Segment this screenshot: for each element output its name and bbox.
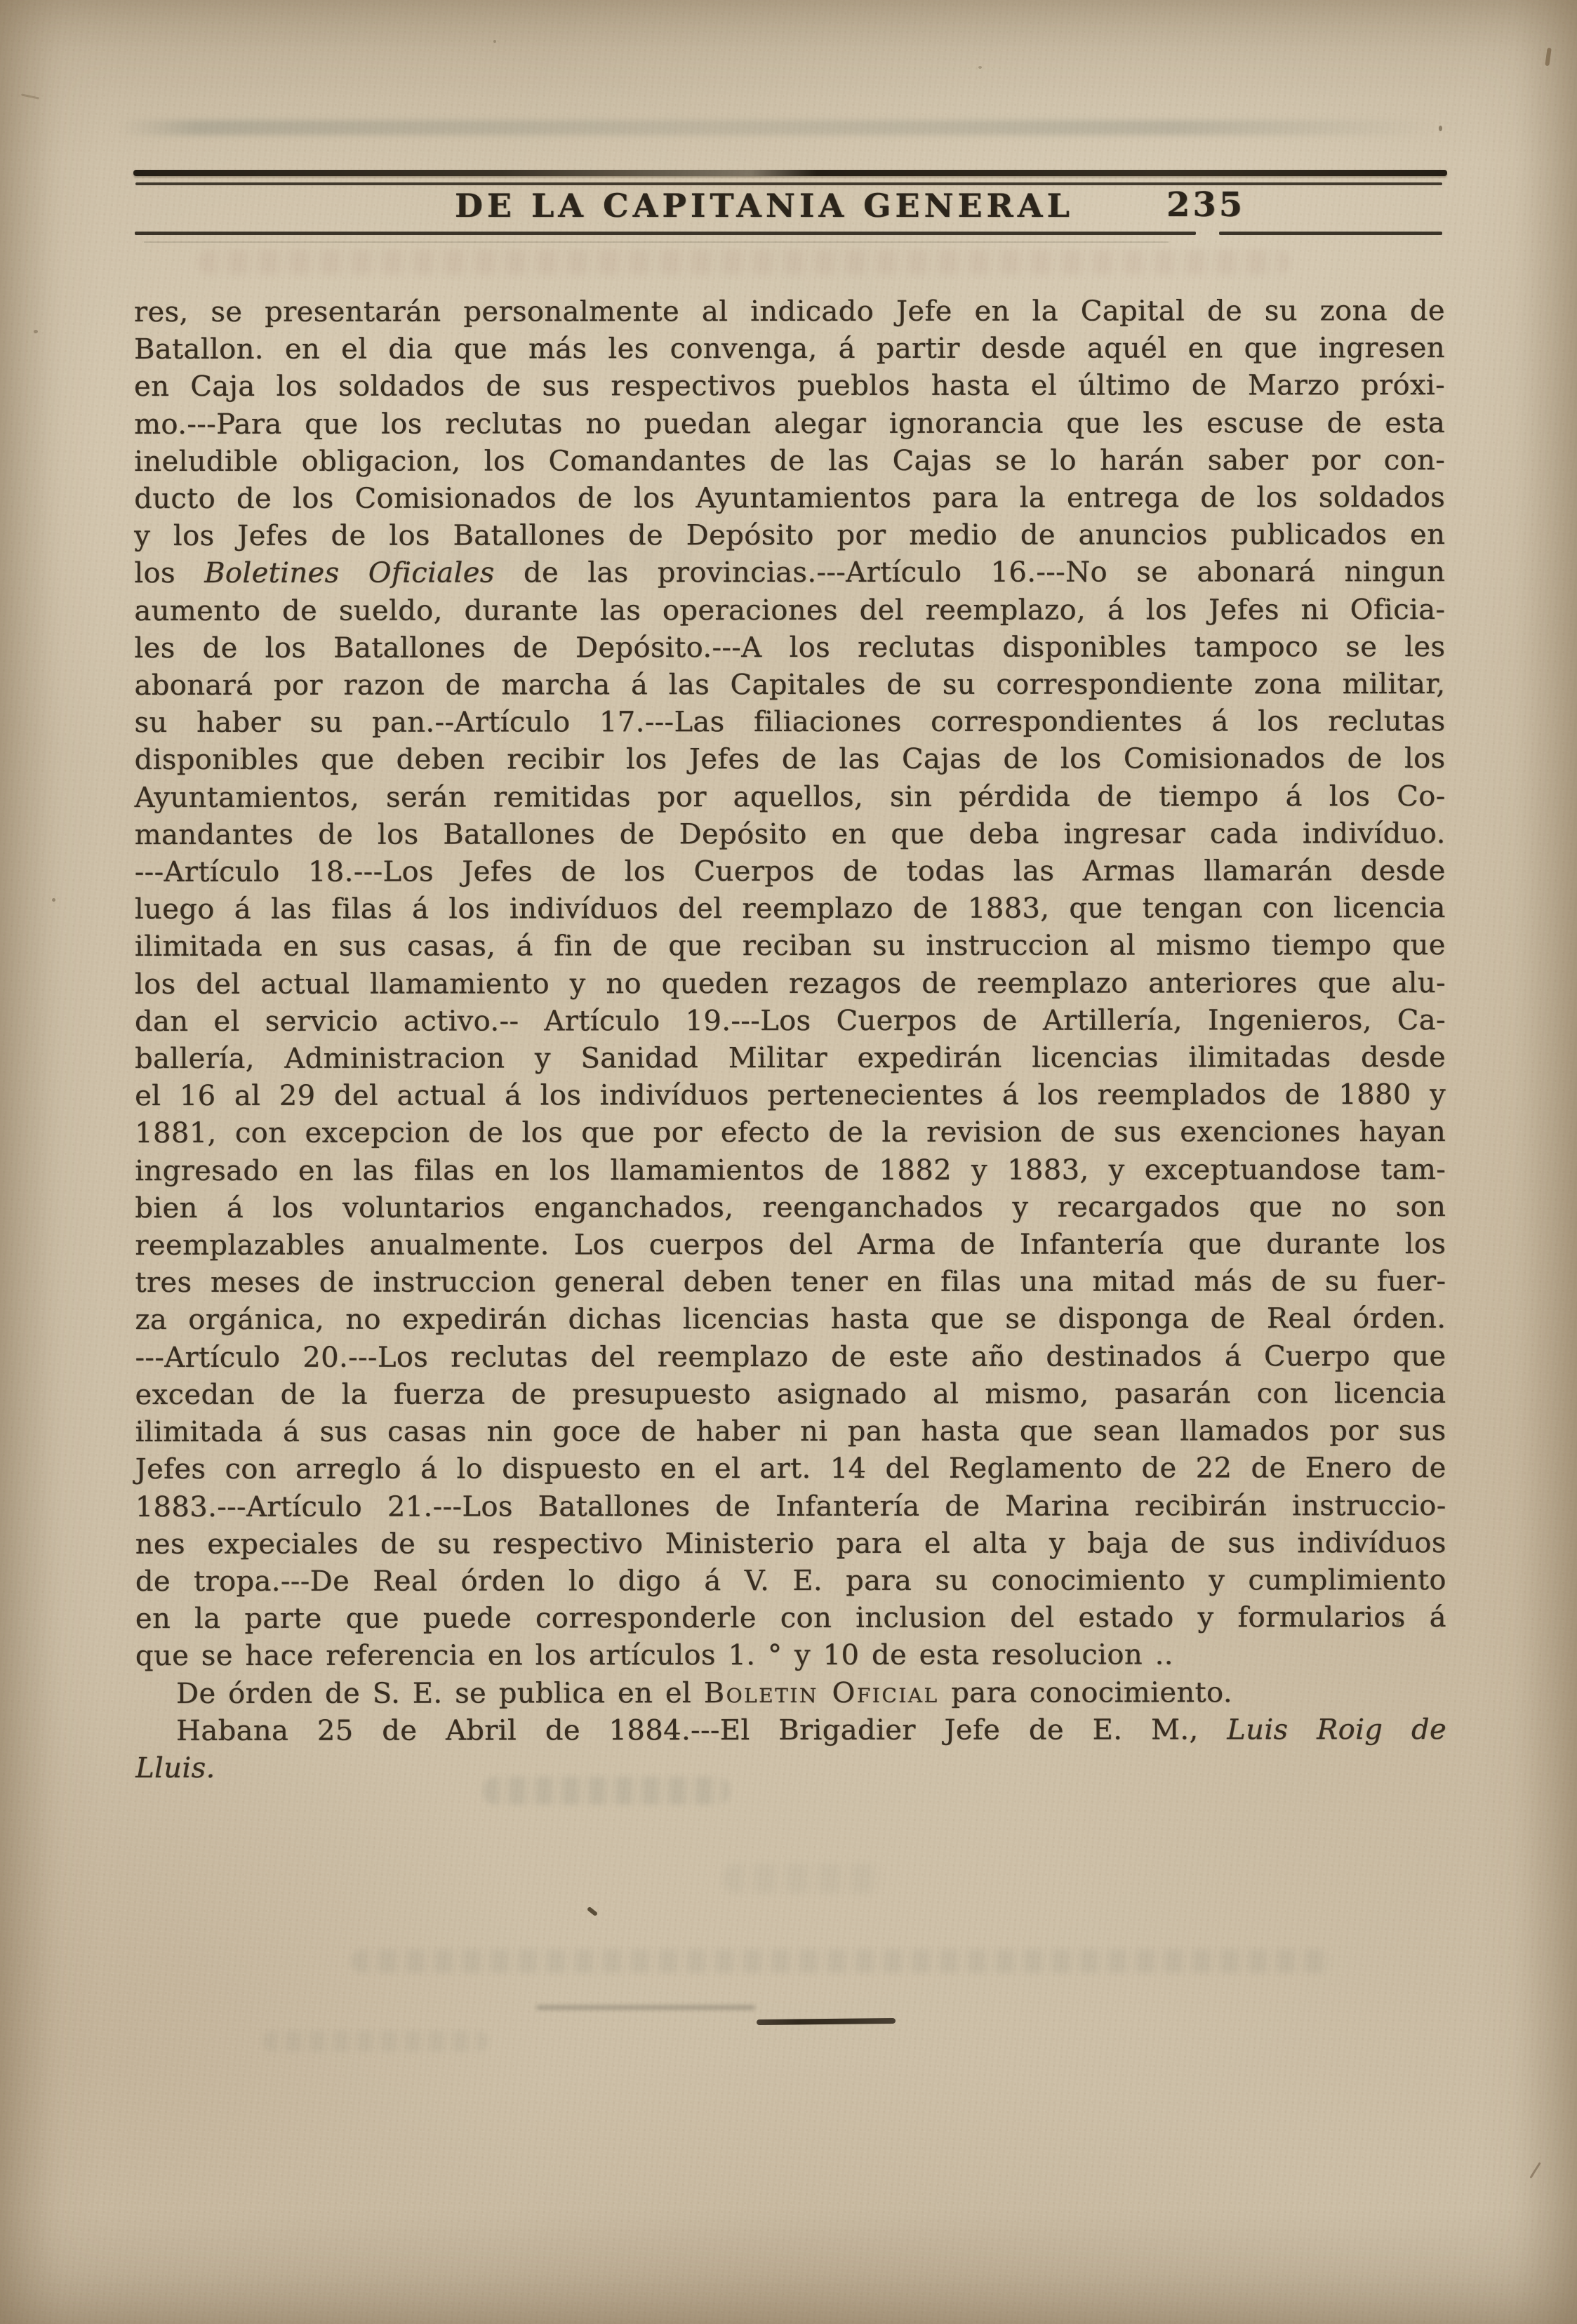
text-line: que se hace referencia en los artículos … xyxy=(135,1636,1446,1675)
text-line: en Caja los soldados de sus respectivos … xyxy=(134,367,1445,406)
text-segment: los xyxy=(134,557,204,589)
text-segment: ineludible obligacion, los Comandantes d… xyxy=(134,444,1445,478)
text-segment: Luis Roig de xyxy=(1227,1714,1446,1746)
text-segment: reemplazables anualmente. Los cuerpos de… xyxy=(135,1228,1446,1262)
header-bottom-rule-right xyxy=(1219,232,1442,235)
text-segment: ilimitada á sus casas nin goce de haber … xyxy=(135,1415,1446,1448)
text-line: reemplazables anualmente. Los cuerpos de… xyxy=(135,1226,1446,1264)
text-line: excedan de la fuerza de presupuesto asig… xyxy=(135,1375,1446,1414)
show-through-smudge xyxy=(262,2031,488,2052)
header-bottom-rule-echo xyxy=(144,241,1169,243)
scanned-page: DE LA CAPITANIA GENERAL 235 res, se pres… xyxy=(0,0,1577,2324)
text-line: ---Artículo 18.---Los Jefes de los Cuerp… xyxy=(135,853,1446,891)
running-header-title: DE LA CAPITANIA GENERAL xyxy=(455,187,1074,225)
text-line: en la parte que puede corresponderle con… xyxy=(135,1599,1446,1638)
text-line: de tropa.---De Real órden lo digo á V. E… xyxy=(135,1562,1446,1601)
section-end-dash xyxy=(757,2018,896,2025)
text-line: 1881, con excepcion de los que por efect… xyxy=(135,1114,1446,1152)
text-segment: luego á las filas á los indivíduos del r… xyxy=(135,892,1446,926)
ink-speck xyxy=(34,330,38,333)
text-segment: que se hace referencia en los artículos … xyxy=(135,1639,1173,1673)
page-number: 235 xyxy=(1166,185,1245,225)
text-segment: De órden de S. E. se publica en el xyxy=(176,1677,704,1710)
text-line: Ayuntamientos, serán remitidas por aquel… xyxy=(135,778,1446,817)
text-line: res, se presentarán personalmente al ind… xyxy=(134,293,1445,331)
text-line: za orgánica, no expedirán dichas licenci… xyxy=(135,1301,1446,1340)
text-line: tres meses de instruccion general deben … xyxy=(135,1263,1446,1302)
text-line: Jefes con arreglo á lo dispuesto en el a… xyxy=(135,1450,1446,1488)
ink-speck xyxy=(1439,126,1442,131)
text-segment: mandantes de los Batallones de Depósito … xyxy=(135,817,1446,851)
text-line: Lluis. xyxy=(135,1749,1446,1787)
text-segment: ducto de los Comisionados de los Ayuntam… xyxy=(134,481,1445,515)
text-segment: les de los Batallones de Depósito.---A l… xyxy=(134,631,1445,665)
text-segment: en la parte que puede corresponderle con… xyxy=(135,1601,1446,1635)
text-line: Habana 25 de Abril de 1884.---El Brigadi… xyxy=(135,1711,1446,1750)
text-segment: su haber su pan.--Artículo 17.---Las fil… xyxy=(135,705,1446,739)
text-segment: abonará por razon de marcha á las Capita… xyxy=(134,668,1445,702)
text-segment: excedan de la fuerza de presupuesto asig… xyxy=(135,1377,1446,1411)
text-segment: aumento de sueldo, durante las operacion… xyxy=(134,594,1445,627)
ink-speck xyxy=(587,1906,598,1917)
text-segment: dan el servicio activo.-- Artículo 19.--… xyxy=(135,1004,1446,1038)
text-segment: za orgánica, no expedirán dichas licenci… xyxy=(135,1303,1446,1337)
text-line: bien á los voluntarios enganchados, reen… xyxy=(135,1189,1446,1227)
text-line: ---Artículo 20.---Los reclutas del reemp… xyxy=(135,1338,1446,1377)
header-top-rule-thick xyxy=(133,170,1447,176)
text-segment: Jefes con arreglo á lo dispuesto en el a… xyxy=(135,1452,1446,1485)
text-line: ineludible obligacion, los Comandantes d… xyxy=(134,442,1445,481)
text-segment: mo.---Para que los reclutas no puedan al… xyxy=(134,407,1445,441)
text-line: los Boletines Oficiales de las provincia… xyxy=(134,554,1445,592)
text-line: dan el servicio activo.-- Artículo 19.--… xyxy=(135,1002,1446,1041)
text-line: ilimitada á sus casas nin goce de haber … xyxy=(135,1413,1446,1451)
text-line: abonará por razon de marcha á las Capita… xyxy=(134,666,1445,704)
text-line: mandantes de los Batallones de Depósito … xyxy=(135,815,1446,854)
text-line: ballería, Administracion y Sanidad Milit… xyxy=(135,1039,1446,1078)
text-line: su haber su pan.--Artículo 17.---Las fil… xyxy=(134,703,1445,742)
text-segment: los del actual llamamiento y no queden r… xyxy=(135,967,1446,1001)
text-segment: disponibles que deben recibir los Jefes … xyxy=(135,742,1446,776)
text-segment: en Caja los soldados de sus respectivos … xyxy=(134,369,1445,403)
text-segment: el 16 al 29 del actual á los indivíduos … xyxy=(135,1078,1446,1112)
text-segment: y los Jefes de los Batallones de Depósit… xyxy=(134,519,1445,552)
text-line: luego á las filas á los indivíduos del r… xyxy=(135,890,1446,928)
text-segment: ilimitada en sus casas, á fin de que rec… xyxy=(135,929,1446,963)
text-segment: Habana 25 de Abril de 1884.---El Brigadi… xyxy=(176,1714,1227,1747)
text-segment: Batallon. en el dia que más les convenga… xyxy=(134,332,1445,366)
header-bottom-rule-left xyxy=(135,232,1196,235)
text-line: ingresado en las filas en los llamamient… xyxy=(135,1151,1446,1190)
text-line: ilimitada en sus casas, á fin de que rec… xyxy=(135,927,1446,966)
text-line: Batallon. en el dia que más les convenga… xyxy=(134,330,1445,368)
document-body: res, se presentarán personalmente al ind… xyxy=(134,293,1446,1787)
text-segment: ballería, Administracion y Sanidad Milit… xyxy=(135,1041,1446,1075)
ink-speck xyxy=(1545,48,1552,67)
paper-fiber-mark xyxy=(21,93,39,99)
text-line: les de los Batallones de Depósito.---A l… xyxy=(134,629,1445,667)
text-segment: bien á los voluntarios enganchados, reen… xyxy=(135,1191,1446,1224)
text-line: ducto de los Comisionados de los Ayuntam… xyxy=(134,479,1445,518)
header-top-rule-thin xyxy=(135,182,1442,185)
ink-speck xyxy=(52,898,55,902)
text-line: aumento de sueldo, durante las operacion… xyxy=(134,592,1445,630)
show-through-smudge xyxy=(351,1949,1333,1973)
show-through-smudge xyxy=(118,120,1437,135)
text-line: los del actual llamamiento y no queden r… xyxy=(135,965,1446,1003)
text-segment: de tropa.---De Real órden lo digo á V. E… xyxy=(135,1564,1446,1598)
text-line: disponibles que deben recibir los Jefes … xyxy=(135,740,1446,779)
text-line: nes expeciales de su respectivo Minister… xyxy=(135,1525,1446,1563)
text-segment: 1881, con excepcion de los que por efect… xyxy=(135,1116,1446,1149)
text-segment: de las provincias.---Artículo 16.---No s… xyxy=(495,556,1446,589)
text-line: y los Jefes de los Batallones de Depósit… xyxy=(134,516,1445,555)
text-line: 1883.---Artículo 21.---Los Batallones de… xyxy=(135,1488,1446,1526)
ink-speck xyxy=(1529,2162,1541,2179)
text-segment: Boletin Oficial xyxy=(704,1676,939,1709)
text-segment: ---Artículo 20.---Los reclutas del reemp… xyxy=(135,1340,1446,1374)
text-segment: res, se presentarán personalmente al ind… xyxy=(134,295,1445,328)
text-segment: Ayuntamientos, serán remitidas por aquel… xyxy=(135,780,1446,814)
ink-speck xyxy=(978,66,982,69)
text-segment: ---Artículo 18.---Los Jefes de los Cuerp… xyxy=(135,855,1446,888)
text-line: De órden de S. E. se publica en el Bolet… xyxy=(135,1674,1446,1713)
text-line: el 16 al 29 del actual á los indivíduos … xyxy=(135,1076,1446,1115)
text-line: mo.---Para que los reclutas no puedan al… xyxy=(134,405,1445,443)
text-segment: Boletines Oficiales xyxy=(204,557,495,589)
show-through-smudge xyxy=(198,250,1290,275)
show-through-smudge xyxy=(723,1864,884,1893)
end-dash-smudge xyxy=(536,2005,755,2010)
text-segment: Lluis. xyxy=(135,1752,215,1784)
text-segment: nes expeciales de su respectivo Minister… xyxy=(135,1527,1446,1561)
text-segment: ingresado en las filas en los llamamient… xyxy=(135,1154,1446,1187)
text-segment: tres meses de instruccion general deben … xyxy=(135,1265,1446,1299)
text-segment: para conocimiento. xyxy=(939,1676,1232,1709)
ink-speck xyxy=(493,40,496,43)
text-segment: 1883.---Artículo 21.---Los Batallones de… xyxy=(135,1490,1446,1523)
